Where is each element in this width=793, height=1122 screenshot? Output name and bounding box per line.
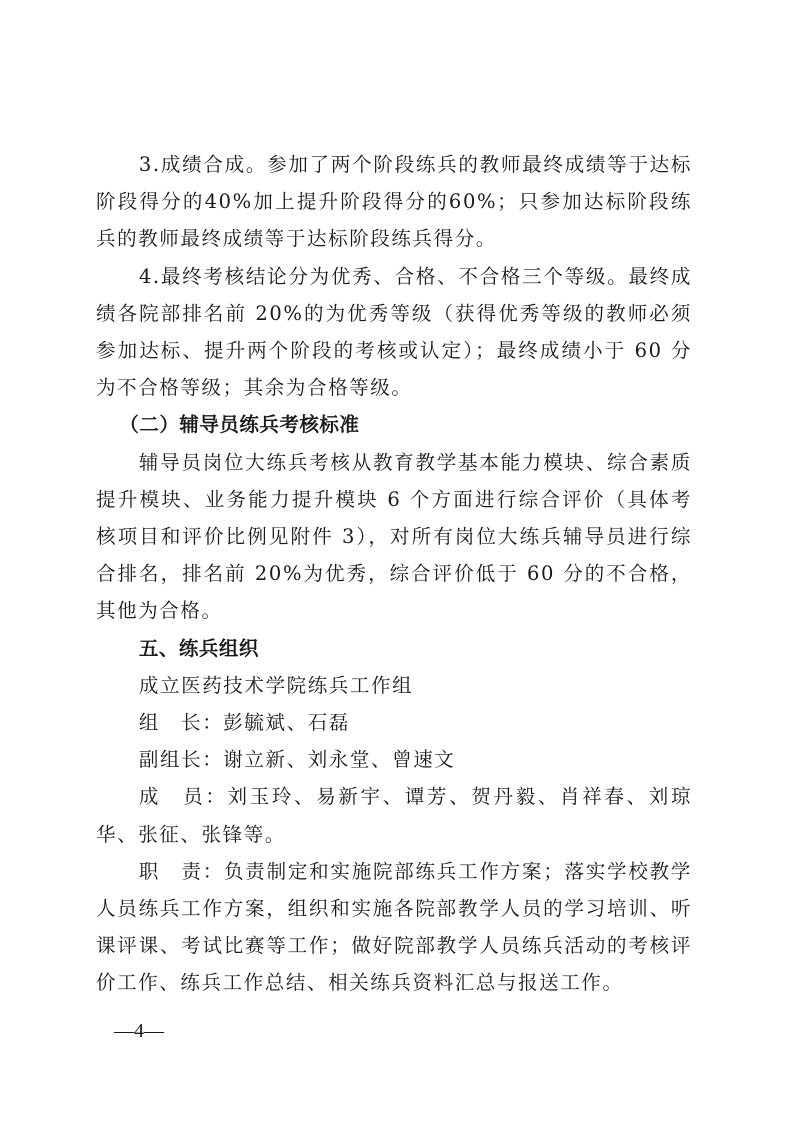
- text-deputy-leader: 副组长：谢立新、刘永堂、曾速文: [96, 741, 692, 778]
- text-group-established: 成立医药技术学院练兵工作组: [96, 667, 692, 704]
- text-members: 成 员：刘玉玲、易新宇、谭芳、贺丹毅、肖祥春、刘琼华、张征、张锋等。: [96, 778, 692, 852]
- paragraph-counselor-assessment: 辅导员岗位大练兵考核从教育教学基本能力模块、综合素质提升模块、业务能力提升模块 …: [96, 444, 692, 630]
- paragraph-final-grade: 4.最终考核结论分为优秀、合格、不合格三个等级。最终成绩各院部排名前 20%的为…: [96, 258, 692, 407]
- text-duties: 职 责：负责制定和实施院部练兵工作方案；落实学校教学人员练兵工作方案，组织和实施…: [96, 853, 692, 1002]
- page-number: —4—: [114, 1020, 164, 1043]
- paragraph-score-synthesis: 3.成绩合成。参加了两个阶段练兵的教师最终成绩等于达标阶段得分的40%加上提升阶…: [96, 146, 692, 258]
- document-page: 3.成绩合成。参加了两个阶段练兵的教师最终成绩等于达标阶段得分的40%加上提升阶…: [96, 146, 692, 1002]
- text-group-leader: 组 长：彭毓斌、石磊: [96, 704, 692, 741]
- section-heading-counselor-standard: （二）辅导员练兵考核标准: [96, 406, 692, 443]
- section-heading-organization: 五、练兵组织: [96, 630, 692, 667]
